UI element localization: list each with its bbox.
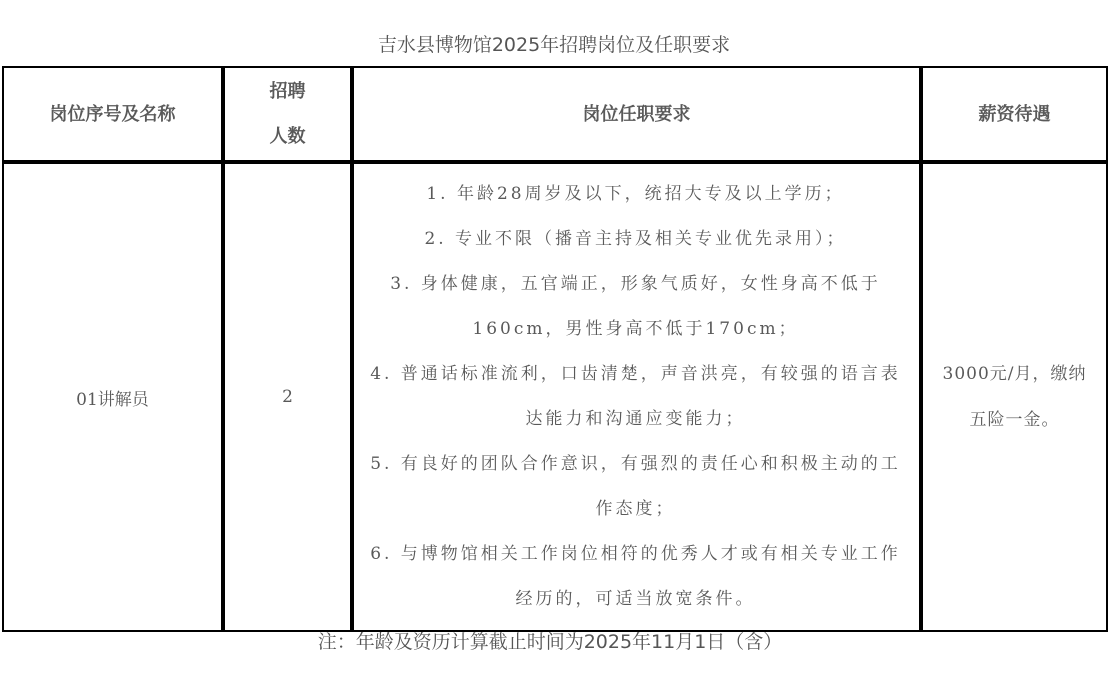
cell-requirements: 1. 年龄28周岁及以下，统招大专及以上学历； 2. 专业不限（播音主持及相关专… [352, 162, 921, 631]
salary-line2: 五险一金。 [929, 397, 1100, 443]
requirement-line: 作态度； [358, 487, 913, 532]
requirement-line: 4. 普通话标准流利，口齿清楚，声音洪亮，有较强的语言表 [358, 352, 913, 397]
requirement-line: 5. 有良好的团队合作意识，有强烈的责任心和积极主动的工 [358, 442, 913, 487]
header-salary: 薪资待遇 [921, 67, 1107, 162]
requirement-line: 达能力和沟通应变能力； [358, 397, 913, 442]
table-header-row: 岗位序号及名称 招聘 人数 岗位任职要求 薪资待遇 [3, 67, 1107, 162]
requirement-line: 1. 年龄28周岁及以下，统招大专及以上学历； [358, 172, 913, 217]
header-requirements: 岗位任职要求 [352, 67, 921, 162]
cell-position: 01讲解员 [3, 162, 223, 631]
header-position: 岗位序号及名称 [3, 67, 223, 162]
cell-count: 2 [223, 162, 352, 631]
table-row: 01讲解员 2 1. 年龄28周岁及以下，统招大专及以上学历； 2. 专业不限（… [3, 162, 1107, 631]
header-count-line1: 招聘 [225, 69, 350, 114]
requirement-line: 160cm，男性身高不低于170cm； [358, 307, 913, 352]
salary-line1: 3000元/月，缴纳 [929, 351, 1100, 397]
document-title: 吉水县博物馆2025年招聘岗位及任职要求 [0, 30, 1108, 57]
requirement-line: 2. 专业不限（播音主持及相关专业优先录用）； [358, 217, 913, 262]
cell-salary: 3000元/月，缴纳 五险一金。 [921, 162, 1107, 631]
header-count: 招聘 人数 [223, 67, 352, 162]
footnote: 注：年龄及资历计算截止时间为2025年11月1日（含） [0, 627, 1100, 654]
requirement-line: 6. 与博物馆相关工作岗位相符的优秀人才或有相关专业工作 [358, 532, 913, 577]
recruitment-table: 岗位序号及名称 招聘 人数 岗位任职要求 薪资待遇 01讲解员 2 1. 年龄2… [2, 66, 1108, 632]
requirement-line: 3. 身体健康，五官端正，形象气质好，女性身高不低于 [358, 262, 913, 307]
header-count-line2: 人数 [225, 114, 350, 159]
requirement-line: 经历的，可适当放宽条件。 [358, 577, 913, 622]
